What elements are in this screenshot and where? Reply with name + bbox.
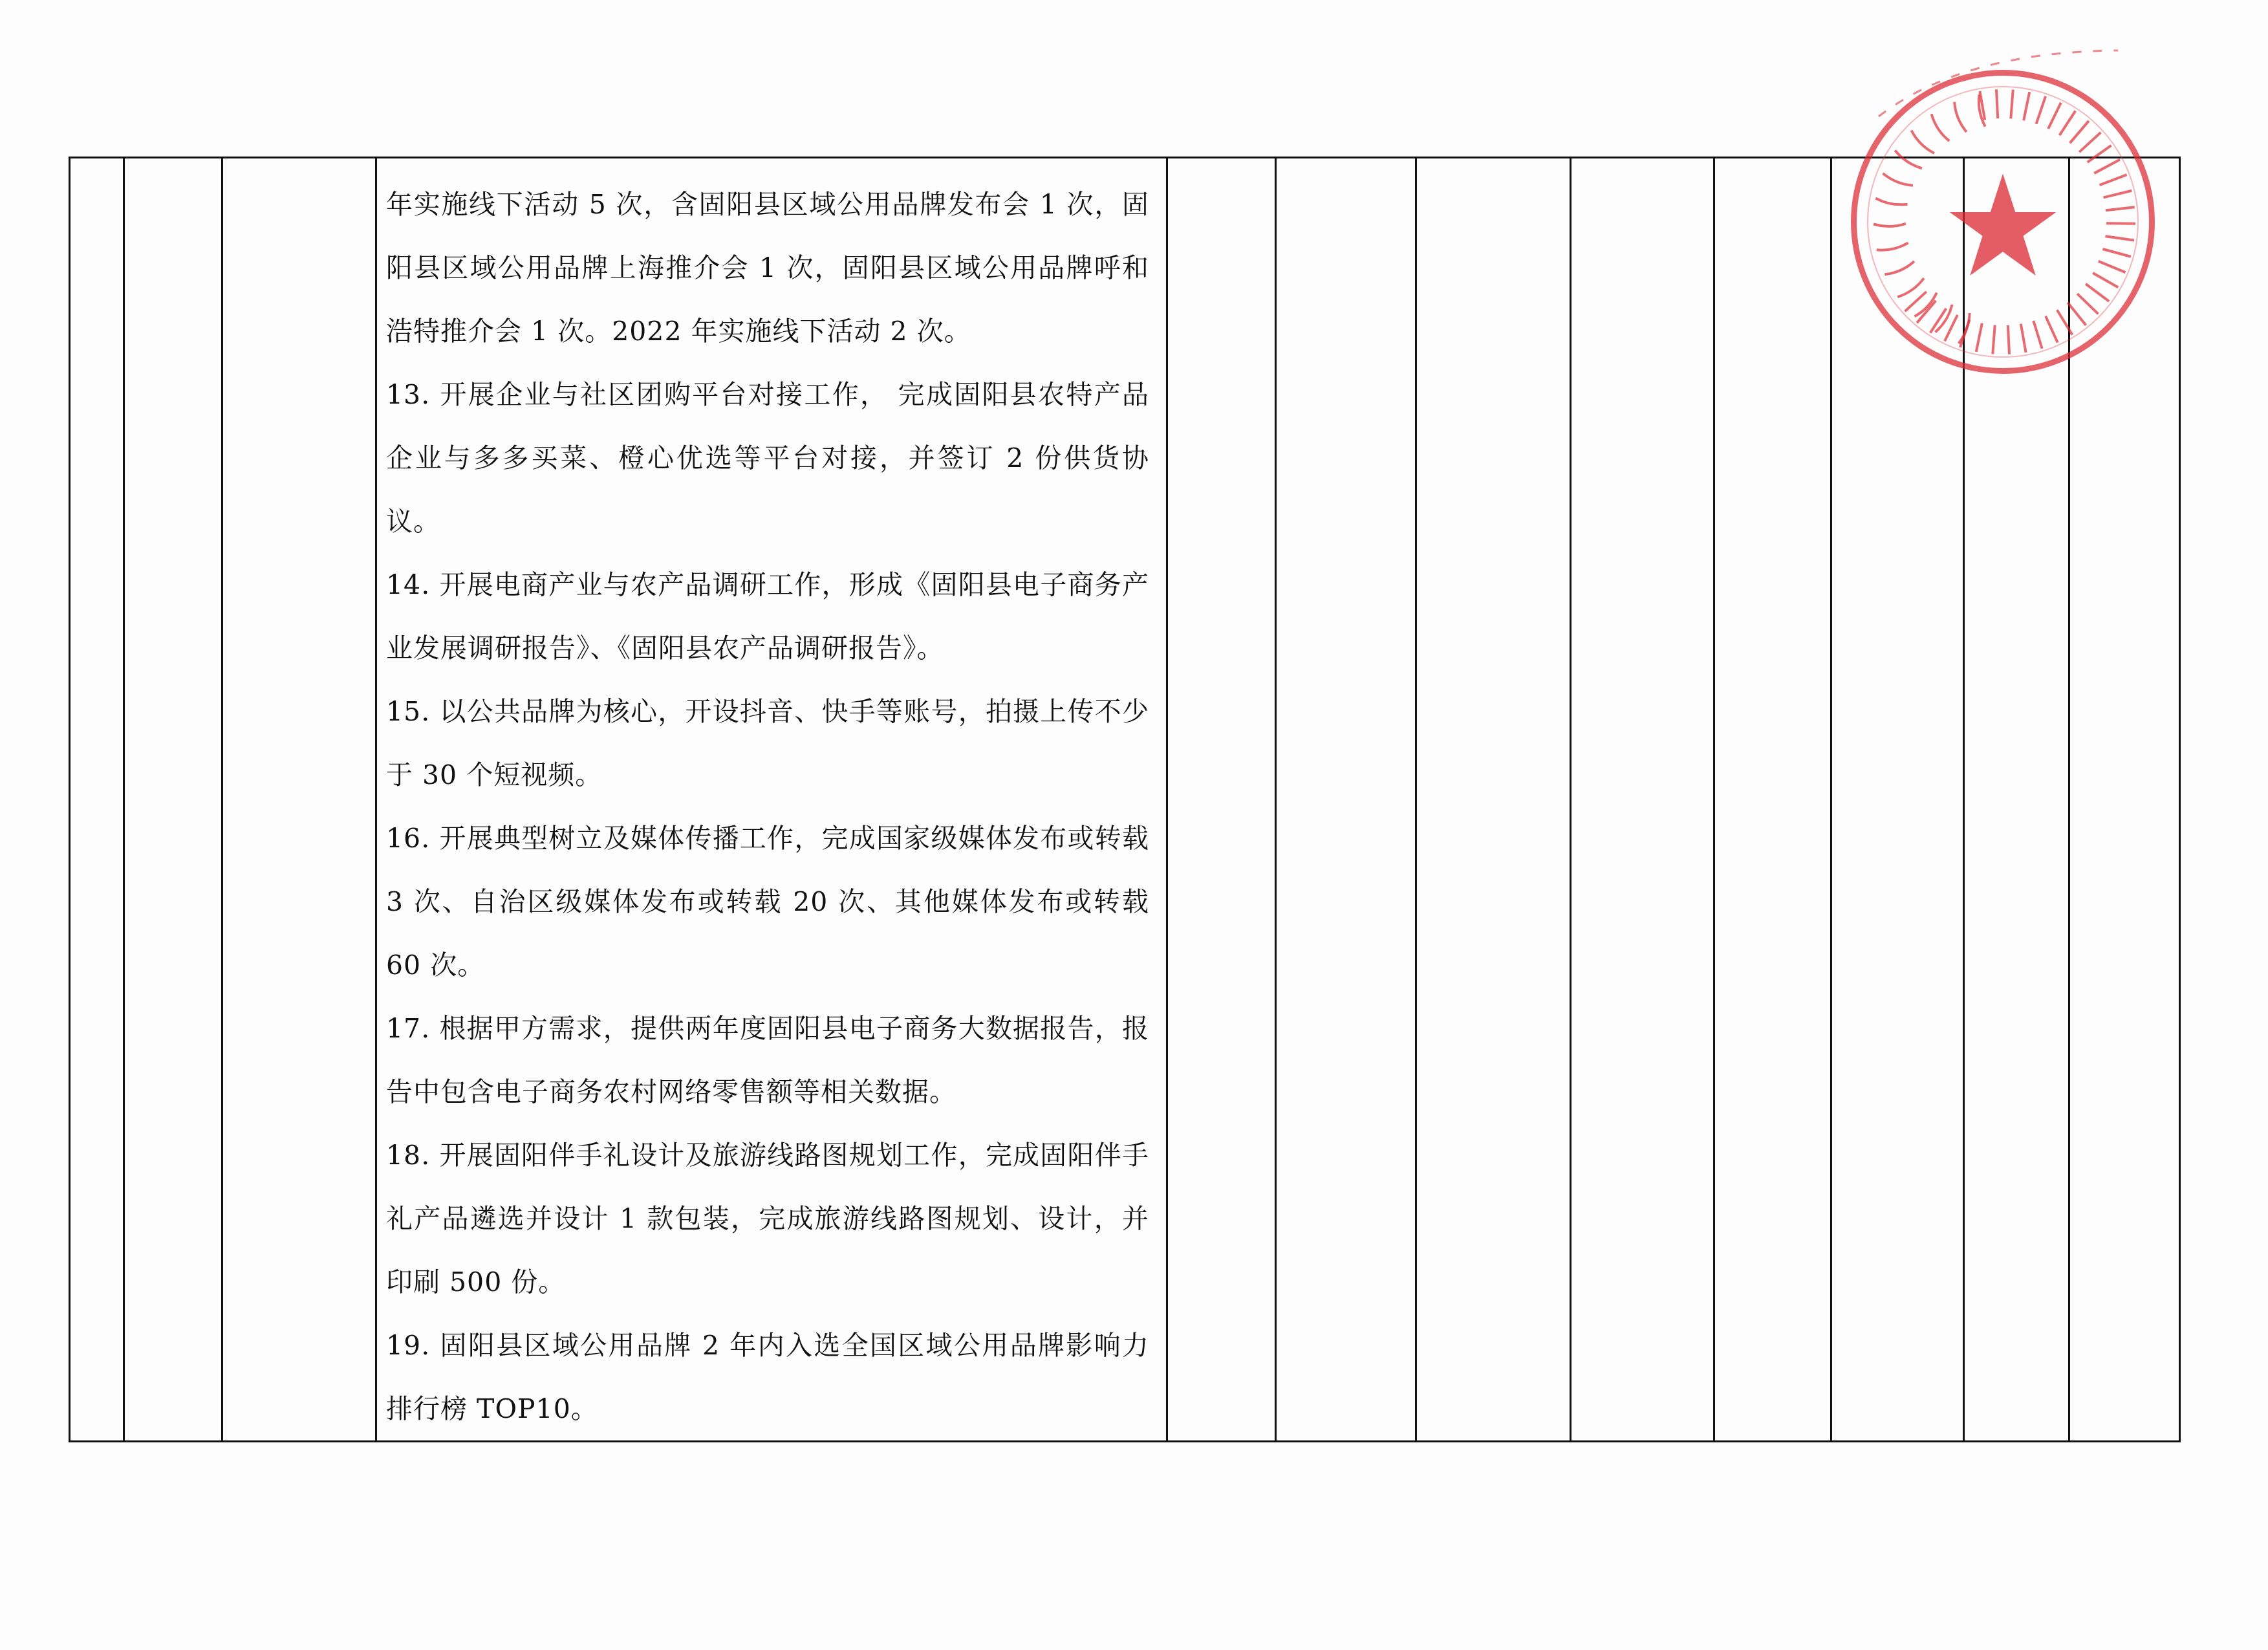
empty-cell-7 (1416, 158, 1571, 1442)
paragraph-item-15: 15. 以公共品牌为核心，开设抖音、快手等账号，拍摄上传不少于 30 个短视频。 (386, 680, 1149, 807)
paragraph-item-18: 18. 开展固阳伴手礼设计及旅游线路图规划工作，完成固阳伴手礼产品遴选并设计 1… (386, 1124, 1149, 1314)
empty-cell-1 (70, 158, 124, 1442)
stamp-offset-trace (1866, 45, 2124, 123)
paragraph-item-17: 17. 根据甲方需求，提供两年度固阳县电子商务大数据报告，报告中包含电子商务农村… (386, 997, 1149, 1124)
project-table: 年实施线下活动 5 次，含固阳县区域公用品牌发布会 1 次，固阳县区域公用品牌上… (69, 157, 2181, 1442)
empty-cell-5 (1167, 158, 1276, 1442)
empty-cell-6 (1276, 158, 1416, 1442)
paragraph-item-14: 14. 开展电商产业与农产品调研工作，形成《固阳县电子商务产业发展调研报告》、《… (386, 553, 1149, 680)
table-row: 年实施线下活动 5 次，含固阳县区域公用品牌发布会 1 次，固阳县区域公用品牌上… (70, 158, 2180, 1442)
empty-cell-10 (1831, 158, 1964, 1442)
empty-cell-2 (124, 158, 222, 1442)
empty-cell-3 (222, 158, 376, 1442)
empty-cell-8 (1571, 158, 1714, 1442)
empty-cell-9 (1714, 158, 1831, 1442)
paragraph-item-19: 19. 固阳县区域公用品牌 2 年内入选全国区域公用品牌影响力排行榜 TOP10… (386, 1314, 1149, 1440)
empty-cell-12 (2069, 158, 2180, 1442)
scanned-document-page: 年实施线下活动 5 次，含固阳县区域公用品牌发布会 1 次，固阳县区域公用品牌上… (0, 0, 2268, 1650)
paragraph-item-16: 16. 开展典型树立及媒体传播工作，完成国家级媒体发布或转载 3 次、自治区级媒… (386, 807, 1149, 997)
paragraph-offline-events: 年实施线下活动 5 次，含固阳县区域公用品牌发布会 1 次，固阳县区域公用品牌上… (386, 173, 1149, 363)
paragraph-item-13: 13. 开展企业与社区团购平台对接工作， 完成固阳县农特产品企业与多多买菜、橙心… (386, 363, 1149, 553)
empty-cell-11 (1964, 158, 2069, 1442)
content-cell: 年实施线下活动 5 次，含固阳县区域公用品牌发布会 1 次，固阳县区域公用品牌上… (376, 158, 1167, 1442)
